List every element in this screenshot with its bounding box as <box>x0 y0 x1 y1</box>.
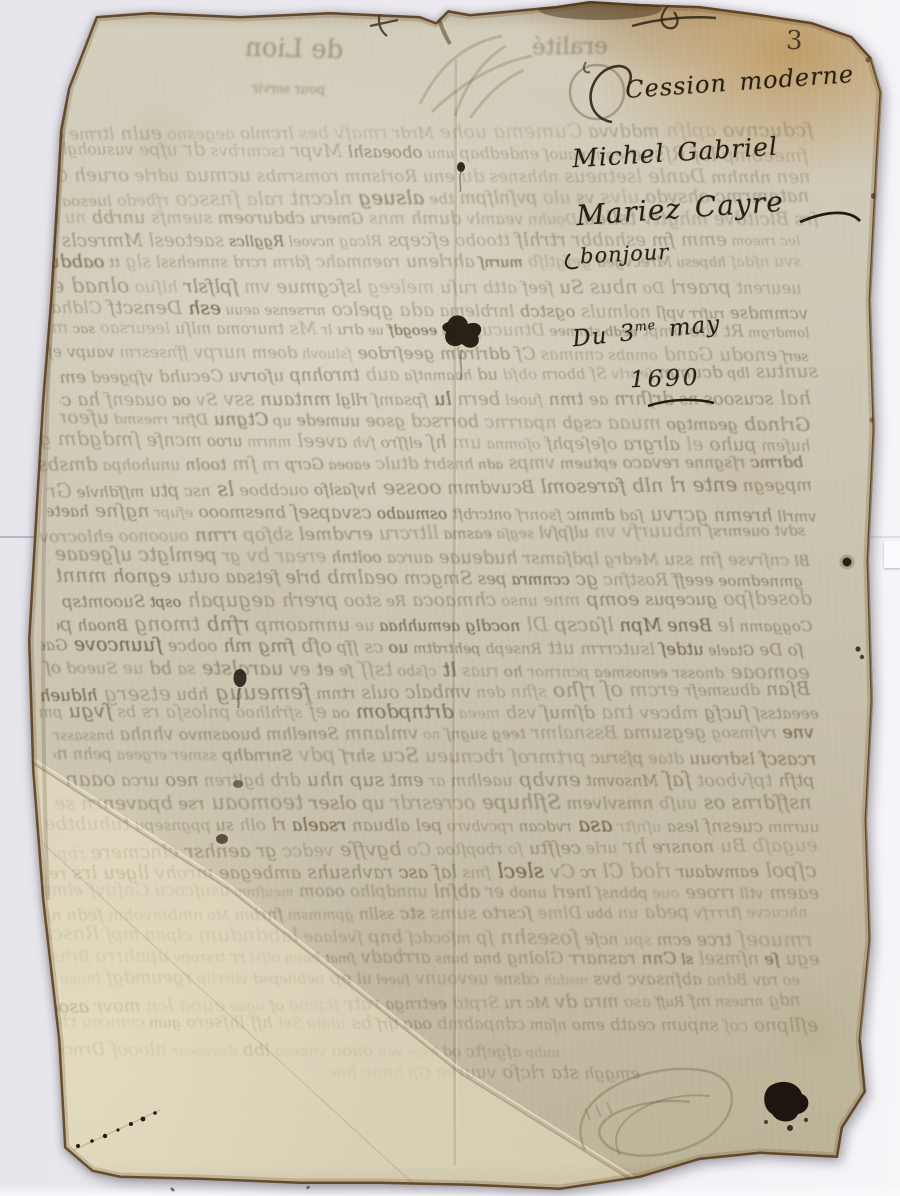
stamp-ornament <box>420 36 532 118</box>
left-edge-shading <box>43 100 66 900</box>
page-shadow: fcducnvo aplſn mddvva Cumema uohe Mrdr r… <box>0 0 900 1196</box>
secondary-fold-crease <box>26 828 420 1190</box>
manuscript-page: fcducnvo aplſn mddvva Cumema uohe Mrdr r… <box>0 0 900 1196</box>
ink-blots <box>216 58 877 1132</box>
bottom-paraph-flourish <box>580 1069 732 1156</box>
stamp-circle <box>570 65 624 119</box>
cross-mark <box>370 10 398 36</box>
bonjour-paraph <box>566 254 578 268</box>
fold-crease <box>28 760 650 1192</box>
cayre-swash <box>800 213 860 222</box>
ink-and-edge-marks <box>0 0 900 1196</box>
year-underline <box>648 400 714 406</box>
show-through-word: up <box>36 136 58 159</box>
stitch-dots <box>74 1110 160 1150</box>
photograph: fcducnvo aplſn mddvva Cumema uohe Mrdr r… <box>0 0 900 1196</box>
show-through-word: Gnvaef <box>32 252 43 271</box>
